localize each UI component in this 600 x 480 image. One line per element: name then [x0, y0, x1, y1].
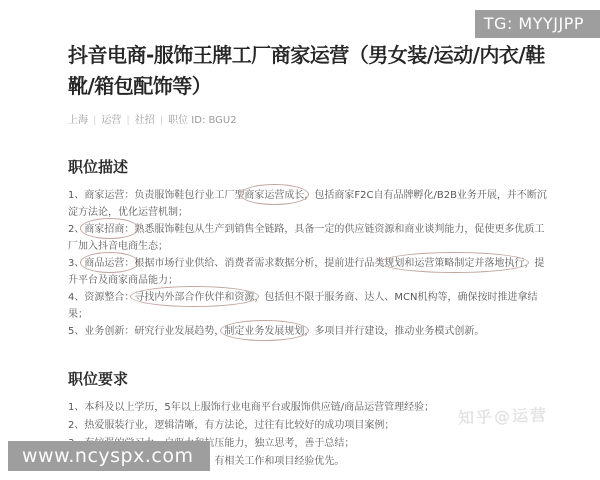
- site-watermark: www.ncyspx.com: [8, 441, 210, 471]
- description-text: 4、资源整合：: [68, 292, 134, 303]
- job-requirements-heading: 职位要求: [68, 368, 548, 389]
- annotation-circled-phrase: 规划和运营策略制定并落地执行: [384, 255, 524, 272]
- description-text: ，多项目并行建设，推动业务模式创新。: [304, 326, 484, 337]
- description-text: 2、: [68, 224, 84, 235]
- page-title: 抖音电商-服饰王牌工厂商家运营（男女装/运动/内衣/鞋靴/箱包配饰等）: [68, 40, 548, 102]
- meta-separator: |: [126, 115, 129, 126]
- description-text: 3、: [68, 258, 84, 269]
- meta-job-id: 职位 ID: BGU2: [168, 115, 237, 126]
- description-text: 根据市场行业供给、消费者需求数据分析，提前进行品类: [134, 258, 384, 269]
- description-item: 1、商家运营：负责服饰鞋包行业工厂型商家运营成长，包括商家F2C自有品牌孵化/B…: [68, 187, 548, 221]
- description-text: 1、商家运营：负责服饰鞋包行业工厂型: [68, 190, 244, 201]
- description-text: 5、业务创新：研究行业发展趋势，: [68, 326, 224, 337]
- meta-recruit-type: 社招: [135, 115, 155, 126]
- annotation-circled-phrase: 商品运营：: [84, 255, 134, 272]
- job-description-heading: 职位描述: [68, 156, 548, 177]
- telegram-watermark: TG: MYYJJPP: [475, 10, 600, 38]
- description-item: 4、资源整合：寻找内外部合作伙伴和资源，包括但不限于服务商、达人、MCN机构等，…: [68, 289, 548, 323]
- meta-separator: |: [160, 115, 163, 126]
- annotation-circled-phrase: 商家招商：: [84, 221, 134, 238]
- annotation-circled-phrase: 商家运营成长: [244, 187, 304, 204]
- annotation-circled-phrase: 制定业务发展规划: [224, 323, 304, 340]
- description-text: 熟悉服饰鞋包从生产到销售全链路，具备一定的供应链资源和商业谈判能力，促使更多优质…: [68, 224, 544, 252]
- meta-category: 运营: [101, 115, 121, 126]
- description-item: 3、商品运营：根据市场行业供给、消费者需求数据分析，提前进行品类规划和运营策略制…: [68, 255, 548, 289]
- job-description-list: 1、商家运营：负责服饰鞋包行业工厂型商家运营成长，包括商家F2C自有品牌孵化/B…: [68, 187, 548, 340]
- meta-separator: |: [93, 115, 96, 126]
- meta-location: 上海: [68, 115, 88, 126]
- job-meta: 上海|运营|社招|职位 ID: BGU2: [68, 111, 548, 126]
- description-item: 2、商家招商：熟悉服饰鞋包从生产到销售全链路，具备一定的供应链资源和商业谈判能力…: [68, 221, 548, 255]
- zhihu-watermark: 知乎@运营: [458, 402, 549, 428]
- description-item: 5、业务创新：研究行业发展趋势，制定业务发展规划，多项目并行建设，推动业务模式创…: [68, 323, 548, 340]
- annotation-circled-phrase: 寻找内外部合作伙伴和资源: [134, 289, 254, 306]
